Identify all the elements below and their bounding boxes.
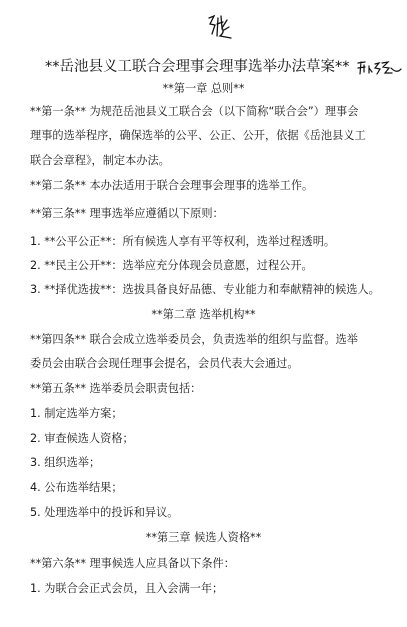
handwritten-signature-right-icon (355, 58, 403, 78)
chapter-heading: **第二章 选举机构** (0, 308, 407, 322)
chapter-heading: **第三章 候选人资格** (0, 531, 407, 545)
article-line: **第四条** 联合会成立选举委员会，负责选举的组织与监督。选举 (30, 333, 358, 347)
article-line: 委员会由联合会现任理事会提名，会员代表大会通过。 (30, 357, 299, 371)
list-item: 2. **民主公开**：选举应充分体现会员意愿，过程公开。 (30, 259, 313, 273)
article-line: 理事的选举程序，确保选举的公平、公正、公开，依据《岳池县义工 (30, 129, 366, 143)
list-item: 2. 审查候选人资格； (30, 432, 134, 446)
article-line: **第二条** 本办法适用于联合会理事会理事的选举工作。 (30, 179, 313, 193)
chapter-heading: **第一章 总则** (0, 82, 407, 96)
list-item: 1. 制定选举方案； (30, 407, 123, 421)
list-item: 4. 公布选举结果； (30, 481, 123, 495)
article-line: **第三条** 理事选举应遵循以下原则： (30, 207, 224, 221)
article-line: **第五条** 选举委员会职责包括： (30, 382, 201, 396)
list-item: 5. 处理选举中的投诉和异议。 (30, 506, 178, 520)
list-item: 3. 组织选举； (30, 456, 100, 470)
article-line: **第一条** 为规范岳池县义工联合会（以下简称“联合会”）理事会 (30, 105, 358, 119)
document-title: **岳池县义工联合会理事会理事选举办法草案** (45, 58, 350, 76)
list-item: 1. 为联合会正式会员，且入会满一年； (30, 582, 223, 596)
article-line: 联合会章程》，制定本办法。 (30, 154, 170, 168)
handwritten-signature-top-icon (205, 12, 237, 42)
document-page: **岳池县义工联合会理事会理事选举办法草案** **第一章 总则** **第一条… (0, 0, 407, 627)
article-line: **第六条** 理事候选人应具备以下条件： (30, 557, 235, 571)
list-item: 3. **择优选拔**：选拔具备良好品德、专业能力和奉献精神的候选人。 (30, 283, 380, 297)
list-item: 1. **公平公正**：所有候选人享有平等权利，选举过程透明。 (30, 235, 335, 249)
